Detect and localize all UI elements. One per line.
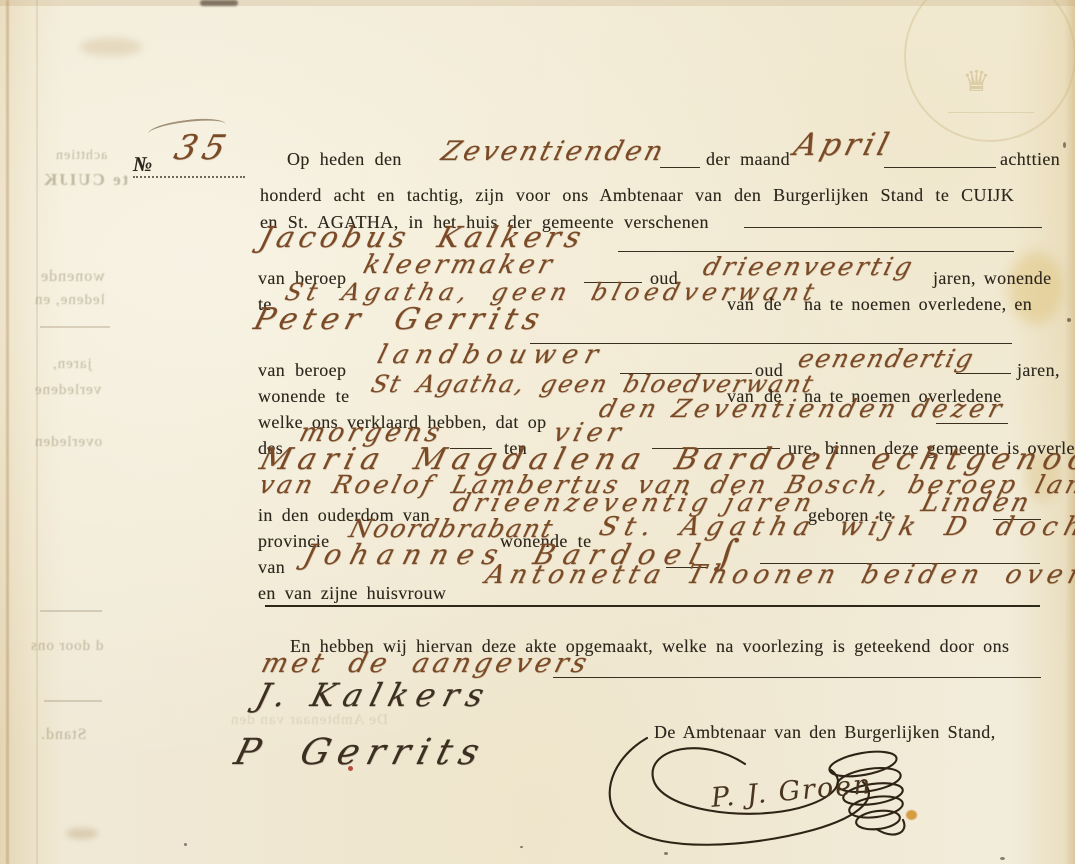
printed-op-heden-den: Op heden den — [287, 149, 402, 170]
speck — [1063, 142, 1066, 148]
seal-underline — [948, 112, 1034, 113]
printed-van-beroep-2: van beroep — [258, 360, 346, 381]
printed-jaren-wonende: jaren, wonende — [933, 268, 1052, 289]
crown-icon: ♛ — [962, 64, 991, 98]
printed-jaren-2: jaren, — [1017, 360, 1060, 381]
bleedthrough-text: d door ons — [30, 638, 103, 655]
bleedthrough-text: jaren, — [52, 356, 92, 373]
bleedthrough-rule — [44, 700, 102, 702]
handwritten-declarant1-name: Jacobus Kalkers — [256, 220, 590, 254]
blank-line — [936, 423, 1008, 424]
handwritten-day: Zeventienden — [438, 136, 669, 167]
handwritten-occupation-1: kleermaker — [360, 250, 559, 280]
printed-van-de-1: van de — [727, 294, 782, 315]
blank-line — [660, 167, 700, 168]
speck — [1067, 318, 1071, 322]
bleedthrough-rule — [40, 610, 102, 612]
bleedthrough-text: te CUIJK — [42, 170, 128, 190]
handwritten-month: April — [790, 127, 897, 163]
stain — [66, 828, 98, 839]
officer-signature-flourish: P. J. Groen — [595, 726, 940, 854]
bleedthrough-text: Stand. — [40, 726, 86, 744]
bleedthrough-text: overleden — [34, 434, 102, 451]
paper-top-edge — [0, 0, 1075, 6]
speck — [1000, 857, 1005, 860]
bleedthrough-text: verledene — [34, 382, 101, 399]
blank-line — [553, 677, 1041, 678]
handwritten-death-date: den Zeventienden dezer — [596, 394, 1009, 423]
signature-declarant1: J. Kalkers — [252, 676, 496, 714]
act-number-label: № — [133, 152, 153, 177]
printed-van-father: van — [258, 557, 285, 578]
bleedthrough-text: De Ambtenaar van den — [230, 712, 388, 729]
stain — [200, 0, 238, 6]
closing-rule — [265, 605, 1040, 607]
printed-relation-1: na te noemen overledene, en — [804, 294, 1032, 315]
bleedthrough-text: achttien — [55, 148, 107, 164]
act-number-dotted-line — [133, 176, 245, 178]
handwritten-met-de-aangevers: met de aangevers — [258, 648, 594, 679]
blank-line — [884, 167, 996, 168]
signature-declarant2: P Gerrits — [230, 732, 492, 773]
death-certificate-scan: ♛ achttien te CUIJK wonende ledene, en j… — [0, 0, 1075, 864]
bleedthrough-rule — [40, 326, 110, 328]
handwritten-occupation-2: landbouwer — [374, 340, 608, 370]
stain — [80, 38, 142, 56]
speck — [520, 846, 523, 848]
printed-achttien: achttien — [1000, 149, 1060, 170]
paper-left-edge — [6, 0, 9, 864]
fold-crease — [36, 0, 38, 864]
blank-line — [744, 227, 1042, 228]
printed-wonende-te-2: wonende te — [258, 386, 349, 407]
printed-year-line: honderd acht en tachtig, zijn voor ons A… — [260, 185, 1014, 206]
officer-signature-text: P. J. Groen — [709, 769, 874, 814]
speck — [184, 843, 187, 846]
printed-der-maand: der maand — [706, 149, 790, 170]
handwritten-declarant2-name: Peter Gerrits — [250, 302, 549, 337]
bleedthrough-text: wonende — [40, 268, 105, 286]
handwritten-age-1: drieenveertig — [700, 252, 918, 281]
blank-line — [956, 373, 1011, 374]
printed-huisvrouw: en van zijne huisvrouw — [258, 583, 446, 604]
bleedthrough-text: ledene, en — [34, 292, 105, 309]
handwritten-mother-name: Antonetta Thoonen beiden overleden — [482, 560, 1075, 590]
handwritten-age-2: eenendertig — [795, 344, 978, 373]
